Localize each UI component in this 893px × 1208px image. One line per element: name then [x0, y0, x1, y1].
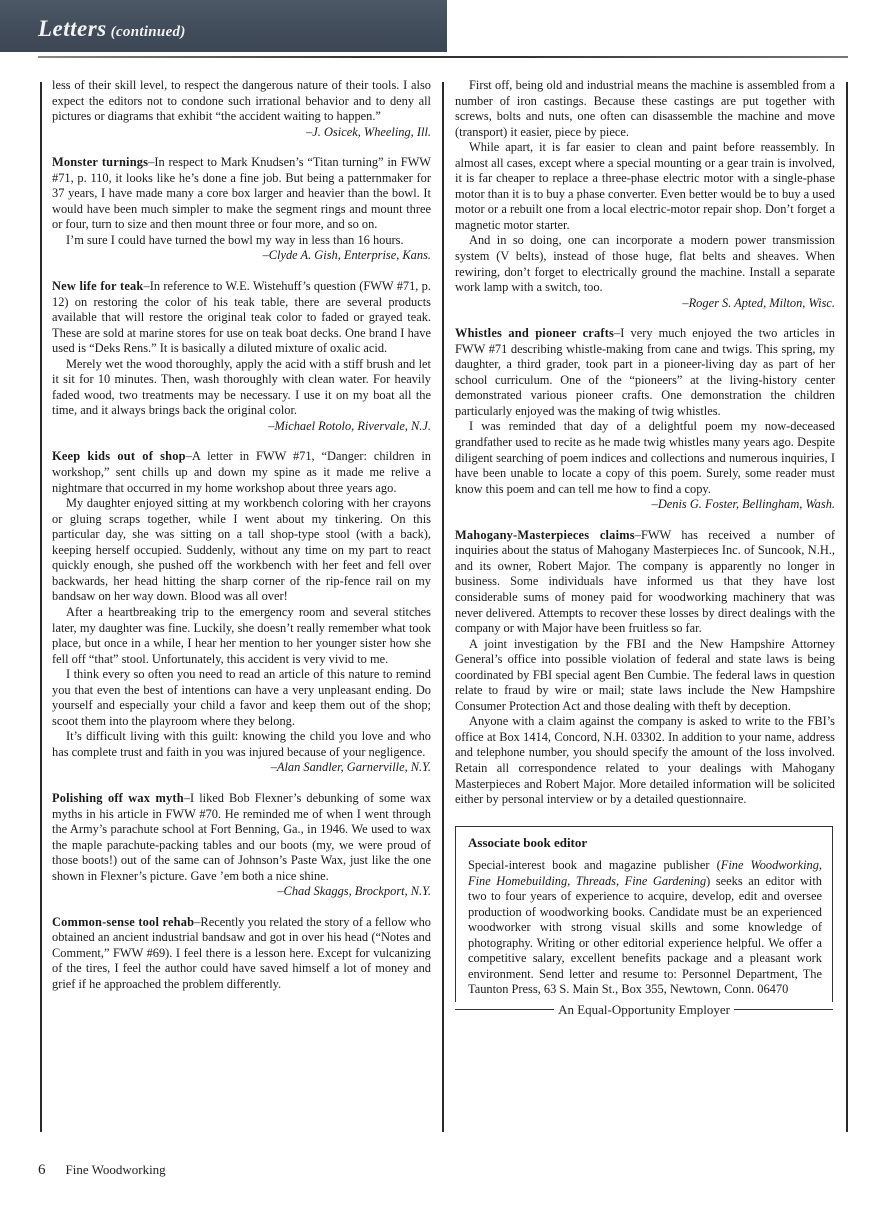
header-rule — [38, 56, 848, 58]
letter-body: I think every so often you need to read … — [52, 667, 431, 728]
letter-body: Anyone with a claim against the company … — [455, 714, 835, 806]
letter-signature: –Chad Skaggs, Brockport, N.Y. — [277, 884, 431, 900]
middle-column-rule — [442, 82, 444, 1132]
letter-title: Keep kids out of shop — [52, 449, 186, 463]
letter-signature: –Clyde A. Gish, Enterprise, Kans. — [249, 248, 431, 264]
right-column-rule — [846, 82, 848, 1132]
ad-body: Special-interest book and magazine publi… — [468, 858, 822, 998]
page-number: 6 — [38, 1162, 46, 1178]
letter-title: Whistles and pioneer crafts — [455, 326, 614, 340]
ad-footer-rule — [455, 1009, 554, 1011]
ad-body-text: ) seeks an editor with two to four years… — [468, 874, 822, 997]
section-header-band: Letters(continued) — [0, 0, 447, 52]
letter-signature: –Michael Rotolo, Rivervale, N.J. — [254, 419, 431, 435]
page-footer: 6Fine Woodworking — [38, 1162, 166, 1179]
letter-title: Mahogany-Masterpieces claims — [455, 528, 635, 542]
letter-body: My daughter enjoyed sitting at my workbe… — [52, 496, 431, 603]
letter-signature: –Alan Sandler, Garnerville, N.Y. — [257, 760, 431, 776]
letter-title: Monster turnings — [52, 155, 148, 169]
letter-body: less of their skill level, to respect th… — [52, 78, 431, 123]
letter-new-life-for-teak: New life for teak–In reference to W.E. W… — [52, 279, 431, 434]
letter-body: After a heartbreaking trip to the emerge… — [52, 605, 431, 666]
letter-title: New life for teak — [52, 279, 144, 293]
left-column: less of their skill level, to respect th… — [52, 78, 431, 1008]
letter-signature: –Roger S. Apted, Milton, Wisc. — [455, 296, 835, 312]
letter-title: Polishing off wax myth — [52, 791, 184, 805]
letter-mahogany-masterpieces-claims: Mahogany-Masterpieces claims–FWW has rec… — [455, 528, 835, 808]
letter-whistles-and-pioneer-crafts: Whistles and pioneer crafts–I very much … — [455, 326, 835, 513]
ad-footer-text: An Equal-Opportunity Employer — [554, 1002, 734, 1018]
letter-polishing-off-wax-myth: Polishing off wax myth–I liked Bob Flexn… — [52, 791, 431, 900]
letter-body: While apart, it is far easier to clean a… — [455, 140, 835, 232]
letter-common-sense-tool-rehab: Common-sense tool rehab–Recently you rel… — [52, 915, 431, 993]
left-column-rule — [40, 82, 42, 1132]
ad-footer: An Equal-Opportunity Employer — [455, 1002, 833, 1018]
letter-keep-kids-out-of-shop: Keep kids out of shop–A letter in FWW #7… — [52, 449, 431, 775]
letter-body: Merely wet the wood thoroughly, apply th… — [52, 357, 431, 418]
letter-body: I was reminded that day of a delightful … — [455, 419, 835, 495]
letter-monster-turnings: Monster turnings–In respect to Mark Knud… — [52, 155, 431, 264]
ad-title: Associate book editor — [468, 835, 822, 851]
ad-footer-rule — [734, 1009, 833, 1011]
letter-title: Common-sense tool rehab — [52, 915, 194, 929]
section-subtitle: (continued) — [111, 24, 186, 40]
letter-signature: –Denis G. Foster, Bellingham, Wash. — [638, 497, 835, 513]
letter-body: A joint investigation by the FBI and the… — [455, 637, 835, 713]
letter-signature: –J. Osicek, Wheeling, Ill. — [306, 125, 431, 141]
classified-ad-box: Associate book editor Special-interest b… — [455, 826, 833, 1002]
letter-body: First off, being old and industrial mean… — [455, 78, 835, 139]
ad-body-text: Special-interest book and magazine publi… — [468, 858, 721, 872]
letter-body: And in so doing, one can incorporate a m… — [455, 233, 835, 294]
section-title: Letters(continued) — [38, 16, 186, 42]
section-title-text: Letters — [38, 16, 107, 41]
letter-body: It’s difficult living with this guilt: k… — [52, 729, 431, 759]
letter-body: I’m sure I could have turned the bowl my… — [66, 233, 404, 247]
letter-tool-rehab-continuation: First off, being old and industrial mean… — [455, 78, 835, 311]
publication-name: Fine Woodworking — [66, 1162, 166, 1177]
right-column: First off, being old and industrial mean… — [455, 78, 835, 1018]
letter-continuation: less of their skill level, to respect th… — [52, 78, 431, 140]
letter-body: –FWW has received a number of inquiries … — [455, 528, 835, 635]
